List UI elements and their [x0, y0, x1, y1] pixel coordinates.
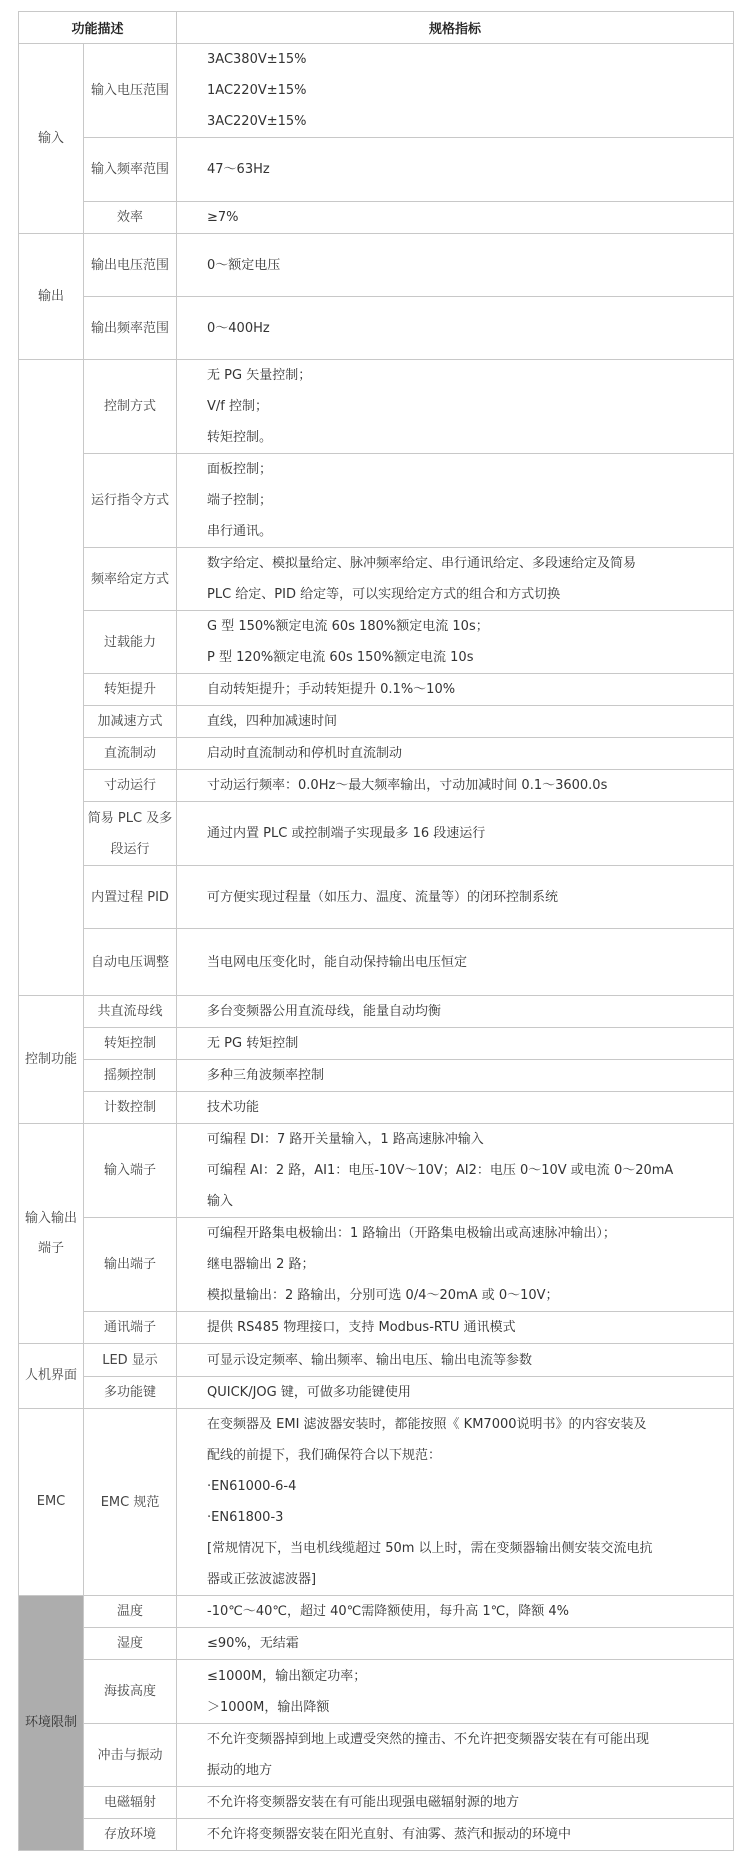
table-row: 直流制动启动时直流制动和停机时直流制动 [19, 738, 734, 770]
spec-line: 可方便实现过程量（如压力、温度、流量等）的闭环控制系统 [207, 882, 733, 913]
spec-line: 通过内置 PLC 或控制端子实现最多 16 段速运行 [207, 818, 733, 849]
spec-line: 自动转矩提升；手动转矩提升 0.1%～10% [207, 674, 733, 705]
spec-line: 面板控制； [207, 454, 733, 485]
feature-name-cell: 输入电压范围 [84, 44, 177, 138]
spec-line: -10℃～40℃，超过 40℃需降额使用，每升高 1℃，降额 4% [207, 1596, 733, 1627]
feature-name-cell: 多功能键 [84, 1377, 177, 1409]
table-row: 加减速方式直线，四种加减速时间 [19, 706, 734, 738]
spec-line: ≥7% [207, 202, 733, 233]
spec-line: 无 PG 转矩控制 [207, 1028, 733, 1059]
table-row: 湿度≤90%，无结霜 [19, 1628, 734, 1660]
spec-line: 47～63Hz [207, 154, 733, 185]
spec-line: ·EN61000-6-4 [207, 1471, 733, 1502]
feature-name-cell: 输入频率范围 [84, 138, 177, 202]
feature-name-cell: 存放环境 [84, 1819, 177, 1851]
table-row: 冲击与振动不允许变频器掉到地上或遭受突然的撞击、不允许把变频器安装在有可能出现振… [19, 1724, 734, 1787]
feature-name-cell: 运行指令方式 [84, 454, 177, 548]
feature-name-cell: 电磁辐射 [84, 1787, 177, 1819]
spec-line: 在变频器及 EMI 滤波器安装时，都能按照《 KM7000说明书》的内容安装及 [207, 1409, 733, 1440]
spec-value-cell: 提供 RS485 物理接口，支持 Modbus-RTU 通讯模式 [177, 1312, 734, 1344]
spec-value-cell: 当电网电压变化时，能自动保持输出电压恒定 [177, 929, 734, 996]
spec-line: 3AC220V±15% [207, 106, 733, 137]
spec-line: ≤90%，无结霜 [207, 1628, 733, 1659]
table-row: 控制功能共直流母线多台变频器公用直流母线，能量自动均衡 [19, 996, 734, 1028]
feature-name-cell: 通讯端子 [84, 1312, 177, 1344]
spec-value-cell: 无 PG 转矩控制 [177, 1028, 734, 1060]
spec-value-cell: QUICK/JOG 键，可做多功能键使用 [177, 1377, 734, 1409]
table-row: 效率≥7% [19, 202, 734, 234]
header-spec: 规格指标 [177, 12, 734, 44]
feature-name-cell: 加减速方式 [84, 706, 177, 738]
feature-name-cell: 摇频控制 [84, 1060, 177, 1092]
spec-line: 输入 [207, 1186, 733, 1217]
feature-name-cell: 共直流母线 [84, 996, 177, 1028]
spec-value-cell: 不允许变频器掉到地上或遭受突然的撞击、不允许把变频器安装在有可能出现振动的地方 [177, 1724, 734, 1787]
category-cell: 输出 [19, 234, 84, 360]
table-row: 环境限制温度-10℃～40℃，超过 40℃需降额使用，每升高 1℃，降额 4% [19, 1596, 734, 1628]
table-row: 转矩控制无 PG 转矩控制 [19, 1028, 734, 1060]
spec-line: 转矩控制。 [207, 422, 733, 453]
table-row: 通讯端子提供 RS485 物理接口，支持 Modbus-RTU 通讯模式 [19, 1312, 734, 1344]
spec-value-cell: 技术功能 [177, 1092, 734, 1124]
feature-name-cell: 转矩控制 [84, 1028, 177, 1060]
table-row: 存放环境不允许将变频器安装在阳光直射、有油雾、蒸汽和振动的环境中 [19, 1819, 734, 1851]
feature-name-cell: LED 显示 [84, 1344, 177, 1377]
table-row: 输出端子可编程开路集电极输出：1 路输出（开路集电极输出或高速脉冲输出）；继电器… [19, 1218, 734, 1312]
feature-name-cell: 冲击与振动 [84, 1724, 177, 1787]
feature-name-cell: 自动电压调整 [84, 929, 177, 996]
spec-line: 继电器输出 2 路； [207, 1249, 733, 1280]
spec-value-cell: 通过内置 PLC 或控制端子实现最多 16 段速运行 [177, 802, 734, 866]
feature-name-cell: 简易 PLC 及多段运行 [84, 802, 177, 866]
spec-line: P 型 120%额定电流 60s 150%额定电流 10s [207, 642, 733, 673]
table-row: 海拔高度≤1000M，输出额定功率；＞1000M，输出降额 [19, 1660, 734, 1724]
spec-value-cell: 可显示设定频率、输出频率、输出电压、输出电流等参数 [177, 1344, 734, 1377]
table-row: 寸动运行寸动运行频率：0.0Hz～最大频率输出，寸动加减时间 0.1～3600.… [19, 770, 734, 802]
table-row: 运行指令方式面板控制；端子控制；串行通讯。 [19, 454, 734, 548]
spec-value-cell: 可编程开路集电极输出：1 路输出（开路集电极输出或高速脉冲输出）；继电器输出 2… [177, 1218, 734, 1312]
table-row: EMCEMC 规范在变频器及 EMI 滤波器安装时，都能按照《 KM7000说明… [19, 1409, 734, 1596]
spec-line: 串行通讯。 [207, 516, 733, 547]
spec-line: ≤1000M，输出额定功率； [207, 1661, 733, 1692]
feature-name-cell: 海拔高度 [84, 1660, 177, 1724]
feature-name-cell: 湿度 [84, 1628, 177, 1660]
table-row: 输出输出电压范围0～额定电压 [19, 234, 734, 297]
category-cell: 输入输出端子 [19, 1124, 84, 1344]
spec-line: 数字给定、模拟量给定、脉冲频率给定、串行通讯给定、多段速给定及简易 [207, 548, 733, 579]
feature-name-cell: 输出端子 [84, 1218, 177, 1312]
table-row: 内置过程 PID可方便实现过程量（如压力、温度、流量等）的闭环控制系统 [19, 866, 734, 929]
spec-value-cell: 多台变频器公用直流母线，能量自动均衡 [177, 996, 734, 1028]
spec-line: ＞1000M，输出降额 [207, 1692, 733, 1723]
spec-line: PLC 给定、PID 给定等，可以实现给定方式的组合和方式切换 [207, 579, 733, 610]
category-cell [19, 360, 84, 996]
category-cell: 环境限制 [19, 1596, 84, 1851]
table-row: 多功能键QUICK/JOG 键，可做多功能键使用 [19, 1377, 734, 1409]
spec-line: [常规情况下，当电机线缆超过 50m 以上时，需在变频器输出侧安装交流电抗 [207, 1533, 733, 1564]
spec-value-cell: 启动时直流制动和停机时直流制动 [177, 738, 734, 770]
category-cell: EMC [19, 1409, 84, 1596]
table-row: 输入输出端子输入端子可编程 DI：7 路开关量输入，1 路高速脉冲输入可编程 A… [19, 1124, 734, 1218]
spec-value-cell: 面板控制；端子控制；串行通讯。 [177, 454, 734, 548]
spec-line: 直线，四种加减速时间 [207, 706, 733, 737]
feature-name-cell: 输出电压范围 [84, 234, 177, 297]
spec-value-cell: 不允许将变频器安装在有可能出现强电磁辐射源的地方 [177, 1787, 734, 1819]
spec-line: 0～400Hz [207, 313, 733, 344]
spec-value-cell: -10℃～40℃，超过 40℃需降额使用，每升高 1℃，降额 4% [177, 1596, 734, 1628]
spec-value-cell: 不允许将变频器安装在阳光直射、有油雾、蒸汽和振动的环境中 [177, 1819, 734, 1851]
spec-value-cell: 0～400Hz [177, 297, 734, 360]
spec-value-cell: ≤90%，无结霜 [177, 1628, 734, 1660]
table-row: 简易 PLC 及多段运行通过内置 PLC 或控制端子实现最多 16 段速运行 [19, 802, 734, 866]
spec-line: 不允许变频器掉到地上或遭受突然的撞击、不允许把变频器安装在有可能出现 [207, 1724, 733, 1755]
spec-line: 不允许将变频器安装在阳光直射、有油雾、蒸汽和振动的环境中 [207, 1819, 733, 1850]
spec-line: 1AC220V±15% [207, 75, 733, 106]
table-row: 计数控制技术功能 [19, 1092, 734, 1124]
spec-line: 寸动运行频率：0.0Hz～最大频率输出，寸动加减时间 0.1～3600.0s [207, 770, 733, 801]
table-row: 摇频控制多种三角波频率控制 [19, 1060, 734, 1092]
table-row: 控制方式无 PG 矢量控制；V/f 控制；转矩控制。 [19, 360, 734, 454]
spec-line: 可编程 DI：7 路开关量输入，1 路高速脉冲输入 [207, 1124, 733, 1155]
feature-name-cell: 过载能力 [84, 611, 177, 674]
spec-value-cell: G 型 150%额定电流 60s 180%额定电流 10s；P 型 120%额定… [177, 611, 734, 674]
table-row: 自动电压调整当电网电压变化时，能自动保持输出电压恒定 [19, 929, 734, 996]
spec-line: 多台变频器公用直流母线，能量自动均衡 [207, 996, 733, 1027]
spec-line: 启动时直流制动和停机时直流制动 [207, 738, 733, 769]
spec-line: 可显示设定频率、输出频率、输出电压、输出电流等参数 [207, 1345, 733, 1376]
spec-value-cell: 无 PG 矢量控制；V/f 控制；转矩控制。 [177, 360, 734, 454]
spec-line: 器或正弦波滤波器] [207, 1564, 733, 1595]
feature-name-cell: 温度 [84, 1596, 177, 1628]
feature-name-cell: 直流制动 [84, 738, 177, 770]
spec-line: 多种三角波频率控制 [207, 1060, 733, 1091]
spec-value-cell: 3AC380V±15%1AC220V±15%3AC220V±15% [177, 44, 734, 138]
spec-line: 配线的前提下，我们确保符合以下规范： [207, 1440, 733, 1471]
header-row: 功能描述 规格指标 [19, 12, 734, 44]
feature-name-cell: 内置过程 PID [84, 866, 177, 929]
header-function: 功能描述 [19, 12, 177, 44]
spec-value-cell: 数字给定、模拟量给定、脉冲频率给定、串行通讯给定、多段速给定及简易PLC 给定、… [177, 548, 734, 611]
spec-line: 当电网电压变化时，能自动保持输出电压恒定 [207, 947, 733, 978]
spec-line: 3AC380V±15% [207, 44, 733, 75]
spec-line: 可编程开路集电极输出：1 路输出（开路集电极输出或高速脉冲输出）； [207, 1218, 733, 1249]
category-cell: 人机界面 [19, 1344, 84, 1409]
feature-name-cell: 输入端子 [84, 1124, 177, 1218]
table-row: 电磁辐射不允许将变频器安装在有可能出现强电磁辐射源的地方 [19, 1787, 734, 1819]
spec-line: V/f 控制； [207, 391, 733, 422]
spec-line: 技术功能 [207, 1092, 733, 1123]
spec-line: 端子控制； [207, 485, 733, 516]
feature-name-cell: 寸动运行 [84, 770, 177, 802]
table-row: 频率给定方式数字给定、模拟量给定、脉冲频率给定、串行通讯给定、多段速给定及简易P… [19, 548, 734, 611]
spec-value-cell: 寸动运行频率：0.0Hz～最大频率输出，寸动加减时间 0.1～3600.0s [177, 770, 734, 802]
feature-name-cell: 计数控制 [84, 1092, 177, 1124]
spec-value-cell: 可编程 DI：7 路开关量输入，1 路高速脉冲输入可编程 AI：2 路，AI1：… [177, 1124, 734, 1218]
feature-name-cell: 转矩提升 [84, 674, 177, 706]
spec-table: 功能描述 规格指标 输入输入电压范围3AC380V±15%1AC220V±15%… [18, 11, 734, 1851]
spec-value-cell: 可方便实现过程量（如压力、温度、流量等）的闭环控制系统 [177, 866, 734, 929]
feature-name-cell: 输出频率范围 [84, 297, 177, 360]
table-row: 输出频率范围0～400Hz [19, 297, 734, 360]
spec-value-cell: 直线，四种加减速时间 [177, 706, 734, 738]
spec-value-cell: 多种三角波频率控制 [177, 1060, 734, 1092]
spec-line: 不允许将变频器安装在有可能出现强电磁辐射源的地方 [207, 1787, 733, 1818]
spec-value-cell: 0～额定电压 [177, 234, 734, 297]
spec-value-cell: ≥7% [177, 202, 734, 234]
category-cell: 输入 [19, 44, 84, 234]
table-row: 输入频率范围47～63Hz [19, 138, 734, 202]
spec-line: G 型 150%额定电流 60s 180%额定电流 10s； [207, 611, 733, 642]
feature-name-cell: 控制方式 [84, 360, 177, 454]
spec-value-cell: 在变频器及 EMI 滤波器安装时，都能按照《 KM7000说明书》的内容安装及配… [177, 1409, 734, 1596]
spec-line: 提供 RS485 物理接口，支持 Modbus-RTU 通讯模式 [207, 1312, 733, 1343]
table-row: 人机界面LED 显示可显示设定频率、输出频率、输出电压、输出电流等参数 [19, 1344, 734, 1377]
feature-name-cell: 效率 [84, 202, 177, 234]
spec-value-cell: 47～63Hz [177, 138, 734, 202]
table-row: 输入输入电压范围3AC380V±15%1AC220V±15%3AC220V±15… [19, 44, 734, 138]
feature-name-cell: 频率给定方式 [84, 548, 177, 611]
spec-line: ·EN61800-3 [207, 1502, 733, 1533]
spec-value-cell: 自动转矩提升；手动转矩提升 0.1%～10% [177, 674, 734, 706]
spec-line: 无 PG 矢量控制； [207, 360, 733, 391]
spec-value-cell: ≤1000M，输出额定功率；＞1000M，输出降额 [177, 1660, 734, 1724]
spec-line: 可编程 AI：2 路，AI1：电压-10V～10V；AI2：电压 0～10V 或… [207, 1155, 733, 1186]
table-row: 转矩提升自动转矩提升；手动转矩提升 0.1%～10% [19, 674, 734, 706]
spec-line: 模拟量输出：2 路输出，分别可选 0/4～20mA 或 0～10V； [207, 1280, 733, 1311]
table-row: 过载能力G 型 150%额定电流 60s 180%额定电流 10s；P 型 12… [19, 611, 734, 674]
spec-line: QUICK/JOG 键，可做多功能键使用 [207, 1377, 733, 1408]
feature-name-cell: EMC 规范 [84, 1409, 177, 1596]
spec-line: 0～额定电压 [207, 250, 733, 281]
spec-line: 振动的地方 [207, 1755, 733, 1786]
category-cell: 控制功能 [19, 996, 84, 1124]
